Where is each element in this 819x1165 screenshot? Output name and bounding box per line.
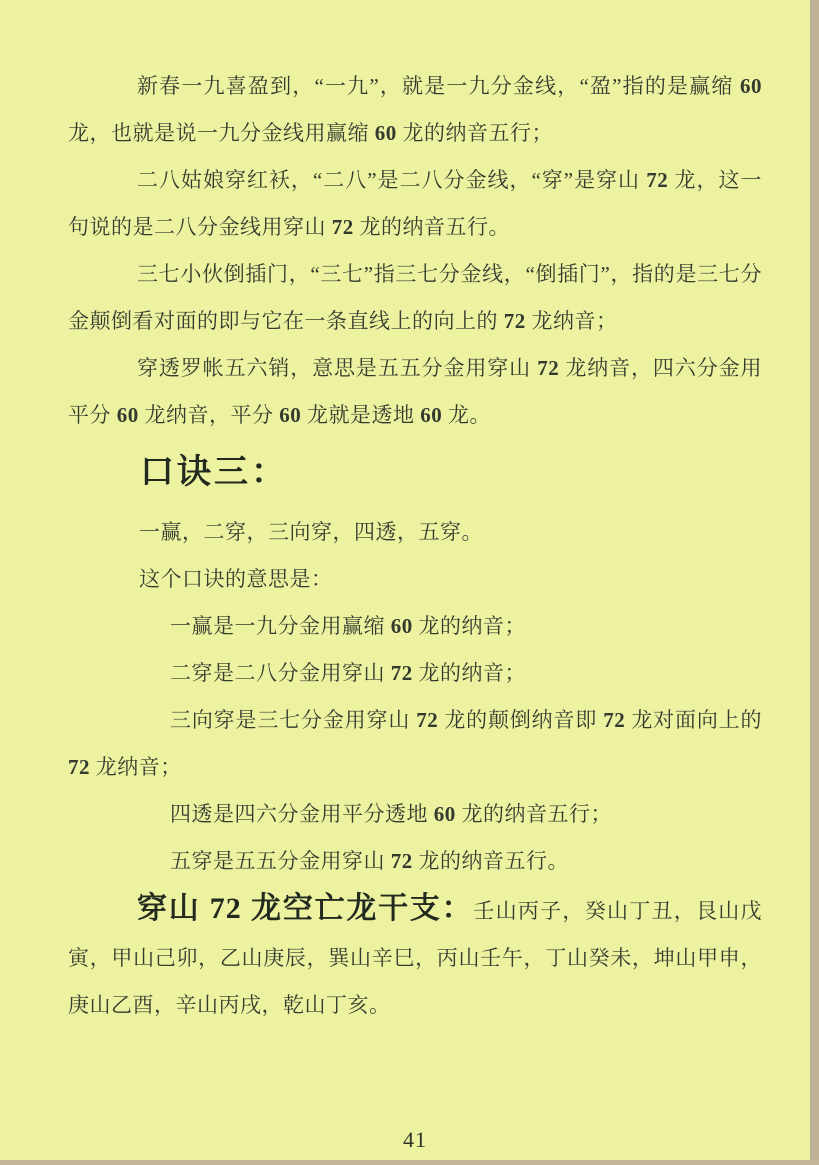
list-item-2-chuan: 二穿是二八分金用穿山 72 龙的纳音； bbox=[68, 650, 762, 697]
paragraph-yingsuo-60: 新春一九喜盈到，“一九”，就是一九分金线，“盈”指的是赢缩 60 龙，也就是说一… bbox=[68, 63, 762, 157]
inline-subheading-kongwang: 穿山 72 龙空亡龙干支： bbox=[137, 892, 473, 925]
mnemonic-line: 一赢，二穿，三向穿，四透，五穿。 bbox=[68, 509, 762, 556]
page-number: 41 bbox=[403, 1127, 427, 1152]
list-item-3-xiangchuan: 三向穿是三七分金用穿山 72 龙的颠倒纳音即 72 龙对面向上的 72 龙纳音； bbox=[68, 697, 762, 791]
list-item-5-chuan: 五穿是五五分金用穿山 72 龙的纳音五行。 bbox=[68, 838, 762, 885]
section-heading-koujue-3: 口诀三： bbox=[140, 447, 762, 499]
scanned-document-page: 新春一九喜盈到，“一九”，就是一九分金线，“盈”指的是赢缩 60 龙，也就是说一… bbox=[0, 0, 819, 1165]
list-item-1-ying: 一赢是一九分金用赢缩 60 龙的纳音； bbox=[68, 603, 762, 650]
list-item-4-tou: 四透是四六分金用平分透地 60 龙的纳音五行； bbox=[68, 791, 762, 838]
page-footer: 41 bbox=[68, 1117, 762, 1164]
paragraph-chuantou: 穿透罗帐五六销，意思是五五分金用穿山 72 龙纳音，四六分金用平分 60 龙纳音… bbox=[68, 345, 762, 439]
page-content: 新春一九喜盈到，“一九”，就是一九分金线，“盈”指的是赢缩 60 龙，也就是说一… bbox=[0, 0, 819, 1164]
intro-line: 这个口诀的意思是： bbox=[68, 556, 762, 603]
scan-edge-right bbox=[810, 0, 819, 1165]
paragraph-daochamen: 三七小伙倒插门，“三七”指三七分金线，“倒插门”，指的是三七分金颠倒看对面的即与… bbox=[68, 251, 762, 345]
final-paragraph: 穿山 72 龙空亡龙干支：壬山丙子，癸山丁丑，艮山戊寅，甲山己卯，乙山庚辰，巽山… bbox=[68, 885, 762, 1029]
scan-edge-bottom bbox=[0, 1160, 819, 1165]
paragraph-chuanshan-72: 二八姑娘穿红袄，“二八”是二八分金线，“穿”是穿山 72 龙，这一句说的是二八分… bbox=[68, 157, 762, 251]
